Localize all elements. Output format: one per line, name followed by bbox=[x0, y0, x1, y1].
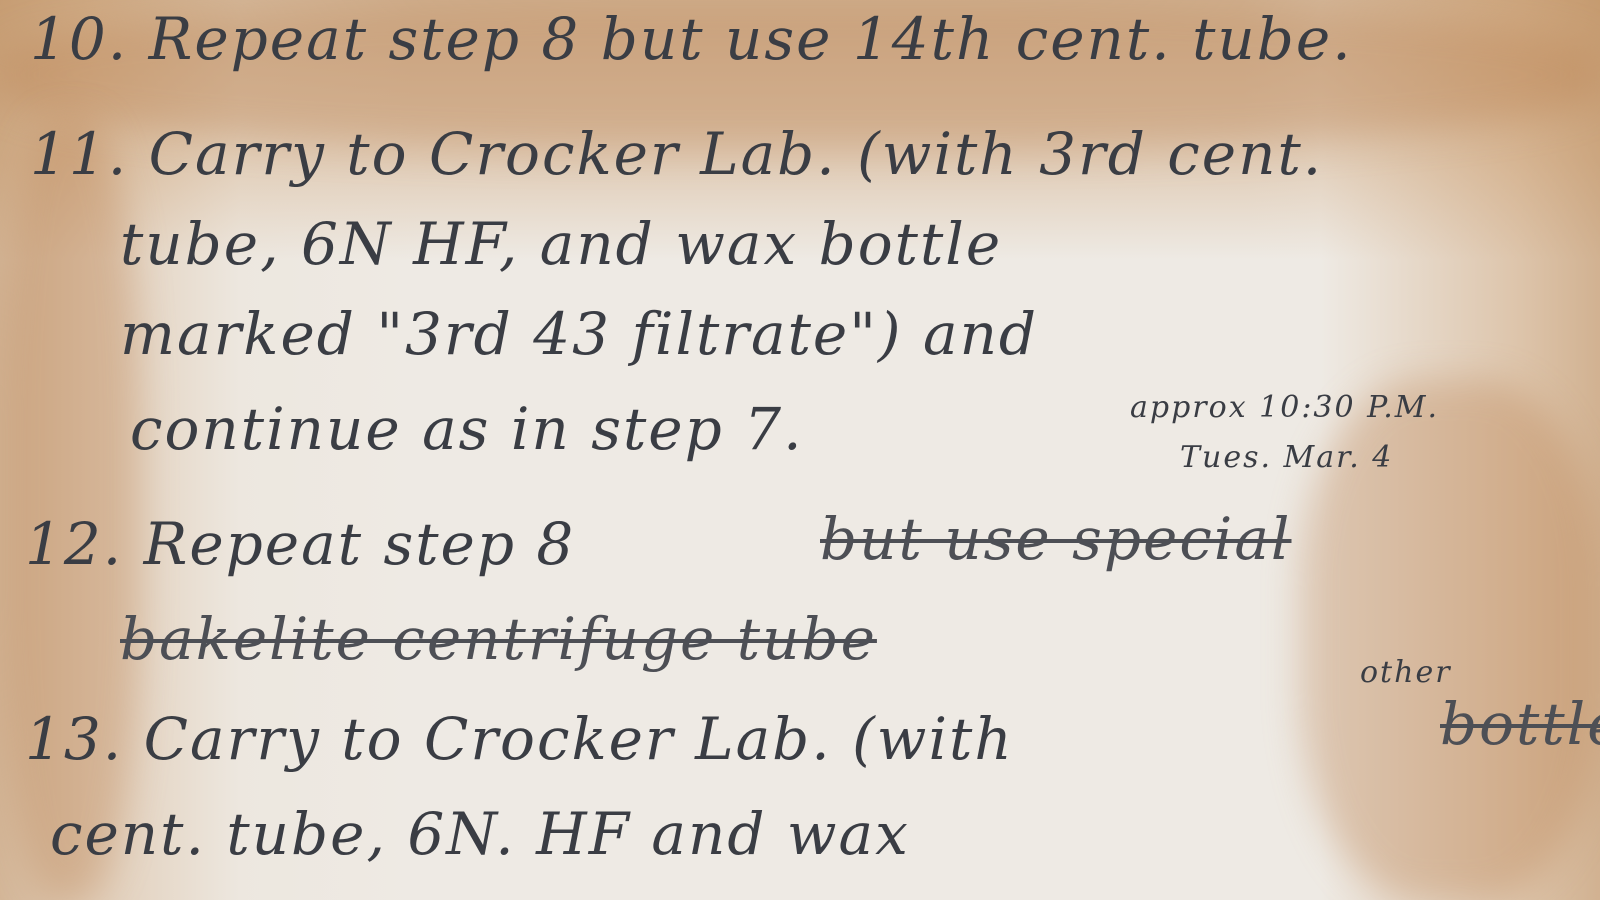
step-11-line-2: tube, 6N HF, and wax bottle bbox=[120, 210, 1002, 278]
step-12-line-1: 12. Repeat step 8 bbox=[25, 510, 575, 578]
step-10: 10. Repeat step 8 but use 14th cent. tub… bbox=[30, 5, 1353, 73]
time-annotation: approx 10:30 P.M. bbox=[1130, 390, 1439, 425]
step-12-struck-line-2: bakelite centrifuge tube bbox=[120, 605, 877, 673]
date-annotation: Tues. Mar. 4 bbox=[1180, 440, 1393, 475]
step-11-line-3: marked "3rd 43 filtrate") and bbox=[120, 300, 1038, 368]
step-13-line-2: cent. tube, 6N. HF and wax bbox=[50, 800, 910, 868]
step-13-line-1: 13. Carry to Crocker Lab. (with bbox=[25, 705, 1014, 773]
insert-other-annotation: other bbox=[1360, 655, 1452, 690]
step-11-line-1: 11. Carry to Crocker Lab. (with 3rd cent… bbox=[30, 120, 1323, 188]
step-11-line-4: continue as in step 7. bbox=[130, 395, 804, 463]
step-12-struck-text: but use special bbox=[820, 505, 1292, 573]
step-13-struck-word: bottle bbox=[1440, 690, 1600, 758]
